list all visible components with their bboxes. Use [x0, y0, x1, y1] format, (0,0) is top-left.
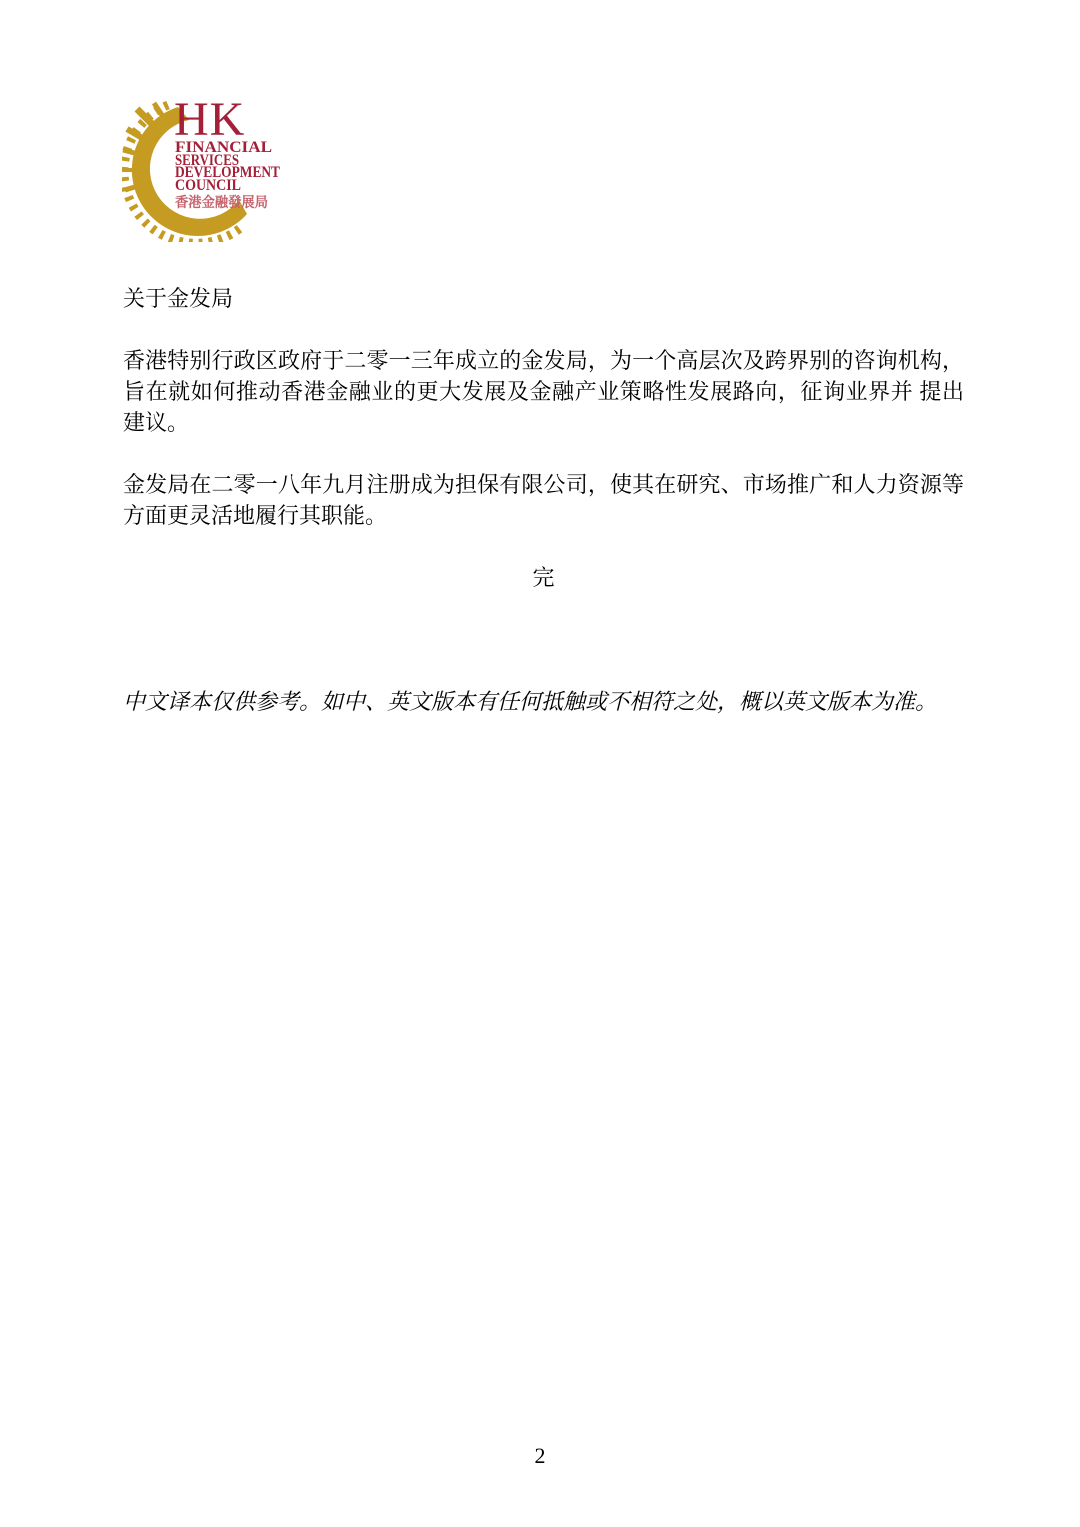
document-page: HK FINANCIAL SERVICES DEVELOPMENT COUNCI… [0, 0, 1080, 1527]
fsdc-logo: HK FINANCIAL SERVICES DEVELOPMENT COUNCI… [122, 92, 322, 242]
logo-line-council: COUNCIL [175, 177, 241, 194]
end-of-release-mark: 完 [123, 562, 964, 593]
page-number: 2 [0, 1440, 1080, 1471]
logo-chinese-name: 香港金融發展局 [175, 194, 268, 211]
translation-disclaimer: 中文译本仅供参考。如中、英文版本有任何抵触或不相符之处，概以英文版本为准。 [123, 686, 983, 717]
body-paragraph-1: 香港特别行政区政府于二零一三年成立的金发局，为一个高层次及跨界别的咨询机构，旨在… [123, 345, 964, 438]
fsdc-logo-graphic: HK FINANCIAL SERVICES DEVELOPMENT COUNCI… [122, 92, 322, 242]
section-heading: 关于金发局 [123, 283, 964, 314]
body-paragraph-2: 金发局在二零一八年九月注册成为担保有限公司，使其在研究、市场推广和人力资源等方面… [123, 469, 964, 531]
